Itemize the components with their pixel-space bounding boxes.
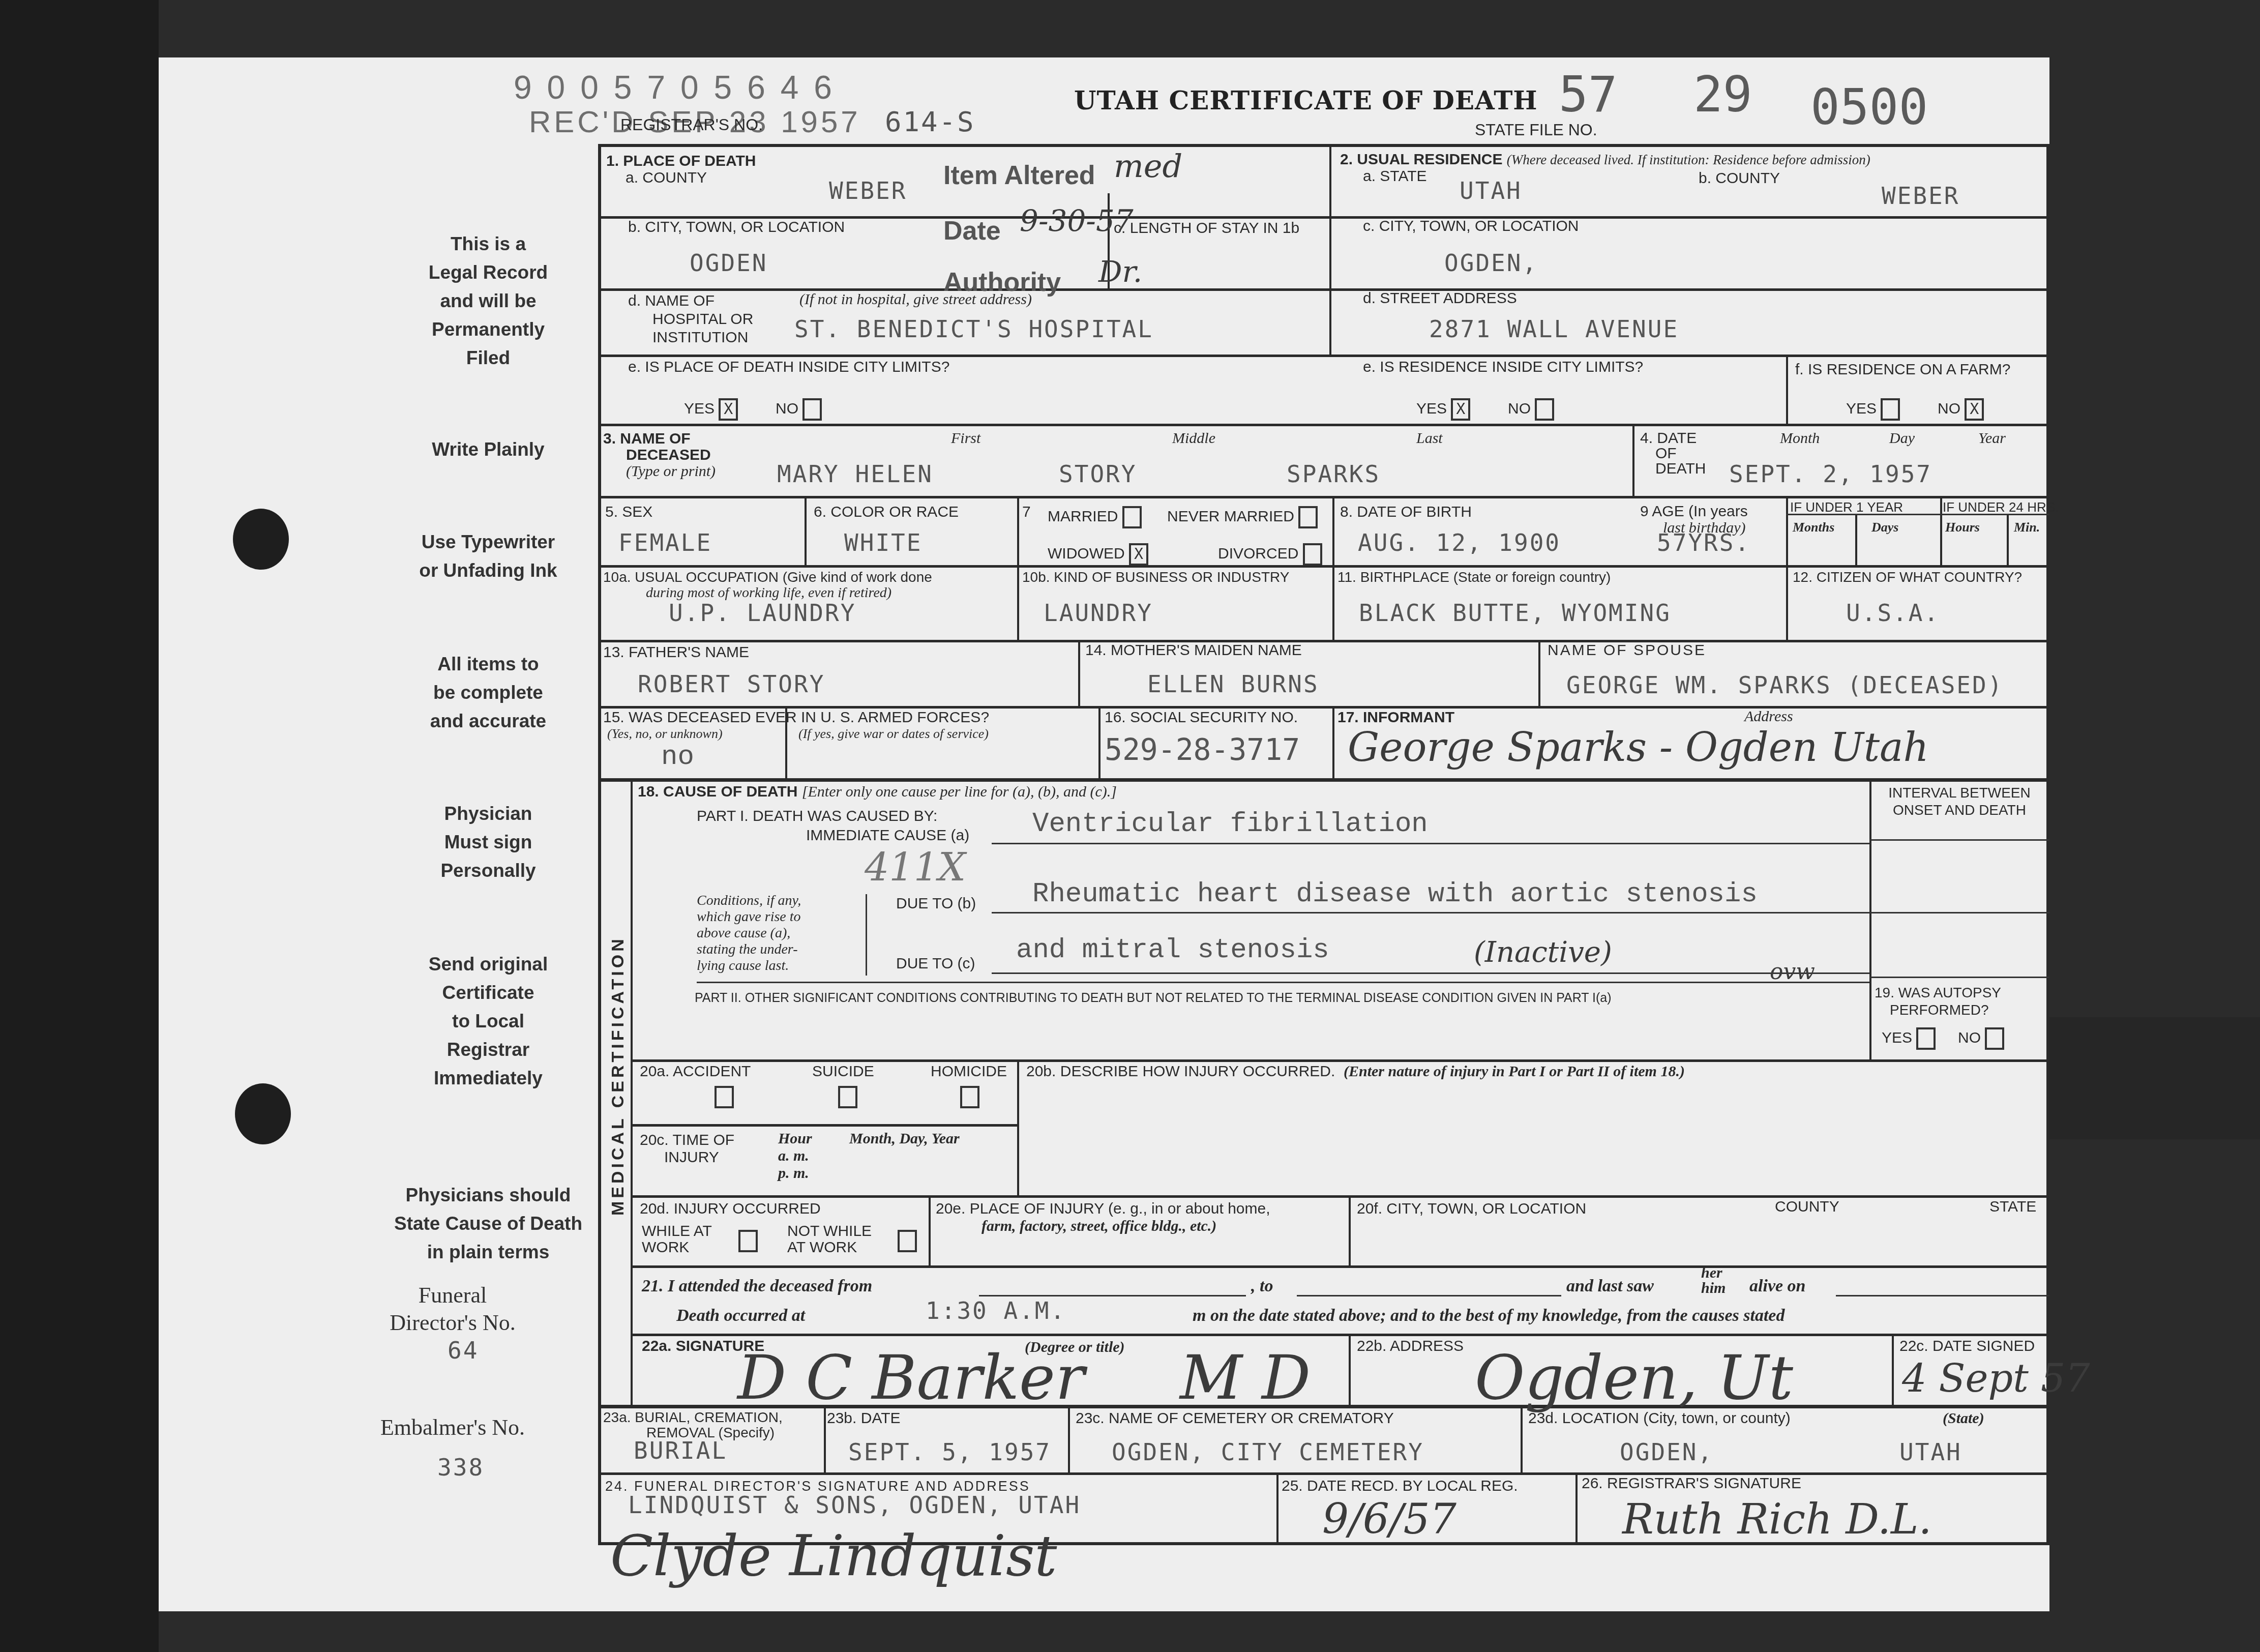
state-file-no-label: STATE FILE NO. — [1475, 121, 1597, 138]
part2-label: PART II. OTHER SIGNIFICANT CONDITIONS CO… — [695, 989, 1612, 1007]
col-divider — [1521, 1405, 1523, 1472]
no-label: NO — [1958, 1029, 1981, 1046]
checkbox-while-at-work[interactable] — [738, 1230, 758, 1252]
registrar-signature: Ruth Rich D.L. — [1622, 1495, 1932, 1544]
to-label: , to — [1251, 1277, 1273, 1296]
note-line: Use Typewriter — [402, 528, 575, 556]
section-hint: [Enter only one cause per line for (a), … — [802, 783, 1117, 800]
yes-label: YES — [1882, 1029, 1912, 1046]
checkbox-no[interactable] — [802, 398, 822, 421]
col-divider — [1575, 1472, 1578, 1545]
yes-label: YES — [1416, 400, 1447, 417]
res-state-value[interactable]: UTAH — [1460, 177, 1522, 204]
res-state-label: a. STATE — [1363, 168, 1427, 185]
date-signed-value: 4 Sept 57 — [1902, 1355, 2090, 1401]
first-name-label: First — [951, 430, 980, 447]
marital-label: 7 — [1022, 504, 1031, 521]
checkbox-no[interactable] — [1535, 398, 1554, 421]
disposition-value[interactable]: BURIAL — [634, 1437, 727, 1464]
note-line: All items to — [402, 650, 575, 678]
autopsy-no: NO — [1958, 1027, 2004, 1050]
embalmer-no: 338 — [437, 1454, 484, 1481]
note-line: be complete — [402, 678, 575, 707]
last-name-value[interactable]: SPARKS — [1287, 460, 1380, 488]
armed-forces-label: 15. WAS DECEASED EVER IN U. S. ARMED FOR… — [603, 709, 989, 726]
checkbox-homicide[interactable] — [960, 1086, 979, 1108]
col-divider — [1892, 1334, 1894, 1405]
note-line: Send original — [402, 950, 575, 979]
col-divider — [1068, 1405, 1070, 1472]
informant-signature: George Sparks - Ogden Utah — [1348, 725, 1929, 771]
col-divider — [1869, 778, 1871, 1059]
citizen-value[interactable]: U.S.A. — [1846, 599, 1940, 627]
pod-county-value[interactable]: WEBER — [829, 177, 907, 204]
no-label: NO — [1508, 400, 1531, 417]
hospital-label: d. NAME OF HOSPITAL OR INSTITUTION — [628, 292, 753, 347]
row-divider — [598, 565, 2049, 568]
cause-line-b — [992, 912, 1902, 913]
race-label: 6. COLOR OR RACE — [814, 504, 959, 521]
cemetery-label: 23c. NAME OF CEMETERY OR CREMATORY — [1076, 1410, 1394, 1427]
certifier-address-value: Ogden, Ut — [1475, 1343, 1793, 1413]
row-divider — [598, 424, 2049, 426]
date-signed-label: 22c. DATE SIGNED — [1899, 1338, 2035, 1355]
burial-date-label: 23b. DATE — [827, 1410, 901, 1427]
checkbox-accident[interactable] — [715, 1086, 734, 1108]
col-divider — [1078, 640, 1080, 706]
margin-note-physician: Physician Must sign Personally — [402, 800, 575, 885]
note-line: Must sign — [402, 828, 575, 857]
authority-value: Dr. — [1098, 254, 1142, 289]
res-farm-no: NO X — [1938, 398, 1984, 421]
row-divider — [631, 1059, 2049, 1062]
time-of-injury-label: 20c. TIME OF INJURY — [640, 1132, 734, 1166]
last-name-label: Last — [1416, 430, 1443, 447]
alive-on-label: alive on — [1749, 1277, 1805, 1296]
note-line: and accurate — [402, 707, 575, 735]
armed-forces-hint-war: (If yes, give war or dates of service) — [798, 726, 989, 742]
date-recd-value: 9/6/57 — [1322, 1495, 1456, 1544]
col-divider — [1786, 355, 1788, 424]
funeral-director-no: 64 — [448, 1337, 479, 1364]
physician-signature: D C Barker — [737, 1343, 1085, 1413]
col-divider — [631, 778, 633, 1405]
section-title: 1. PLACE OF DEATH — [606, 153, 756, 169]
funeral-director-value[interactable]: LINDQUIST & SONS, OGDEN, UTAH — [628, 1491, 1081, 1519]
state-file-no-part1: 57 — [1559, 66, 1618, 123]
cause-line-a — [992, 843, 1869, 844]
label-line: 3. NAME OF — [603, 430, 691, 447]
deceased-name-label: 3. NAME OF DECEASED (Type or print) — [603, 431, 716, 480]
hint-line: stating the under- — [697, 941, 801, 958]
her-label: her — [1701, 1265, 1726, 1281]
row-divider — [598, 706, 2049, 709]
married-option: MARRIED — [1048, 506, 1142, 528]
row-divider — [1869, 977, 2049, 978]
citizen-label: 12. CITIZEN OF WHAT COUNTRY? — [1793, 569, 2022, 586]
label-line: NOT WHILE — [787, 1223, 872, 1240]
medical-certification-label: MEDICAL CERTIFICATION — [608, 936, 628, 1216]
burial-location-label: 23d. LOCATION (City, town, or county) — [1528, 1410, 1791, 1427]
hint-line: Conditions, if any, — [697, 893, 801, 909]
birthplace-value[interactable]: BLACK BUTTE, WYOMING — [1359, 599, 1671, 627]
homicide-label: HOMICIDE — [931, 1063, 1007, 1080]
alteration-date-label: Date — [943, 216, 1001, 246]
res-farm-yes: YES — [1846, 398, 1900, 421]
burial-date-value[interactable]: SEPT. 5, 1957 — [848, 1438, 1051, 1466]
day-label: Day — [1889, 430, 1915, 447]
interval-row-divider — [1869, 912, 2049, 913]
age-value[interactable]: 57YRS. — [1657, 529, 1750, 556]
label-line: INJURY — [640, 1149, 734, 1166]
month-day-year-label: Month, Day, Year — [849, 1130, 960, 1147]
cause-code: 411X — [865, 844, 966, 890]
hours-label: Hours — [1945, 520, 1980, 535]
part-divider — [697, 982, 1869, 983]
col-divider — [824, 1405, 826, 1472]
hint-line: lying cause last. — [697, 958, 801, 974]
never-married-label: NEVER MARRIED — [1167, 508, 1294, 525]
hour-label: Hour — [778, 1130, 812, 1147]
mother-value[interactable]: ELLEN BURNS — [1147, 670, 1319, 698]
label-line: DECEASED — [626, 447, 711, 463]
hint-line: which gave rise to — [697, 909, 801, 925]
length-of-stay-label: c. LENGTH OF STAY IN 1b — [1114, 220, 1299, 237]
margin-note-send-original: Send original Certificate to Local Regis… — [402, 950, 575, 1093]
hospital-value[interactable]: ST. BENEDICT'S HOSPITAL — [794, 315, 1153, 343]
dob-value[interactable]: AUG. 12, 1900 — [1358, 529, 1561, 556]
burial-city-value[interactable]: OGDEN, — [1620, 1438, 1713, 1466]
never-married-option: NEVER MARRIED — [1167, 506, 1318, 528]
under-24-hours-label: IF UNDER 24 HRS. — [1943, 498, 2059, 516]
place-of-injury-hint: farm, factory, street, office bldg., etc… — [982, 1218, 1216, 1235]
punch-hole — [233, 509, 289, 570]
due-to-c-note: (Inactive) — [1474, 936, 1612, 969]
col-divider — [1332, 706, 1334, 778]
col-divider — [1017, 1059, 1019, 1195]
res-street-value[interactable]: 2871 WALL AVENUE — [1429, 315, 1679, 343]
note-line: This is a — [402, 230, 575, 258]
note-line: State Cause of Death — [386, 1209, 590, 1238]
col-divider — [1786, 496, 1788, 640]
scanner-background-band — [2049, 1017, 2260, 1139]
describe-injury-label: 20b. DESCRIBE HOW INJURY OCCURRED. (Ente… — [1026, 1063, 1685, 1080]
due-to-b-label: DUE TO (b) — [896, 895, 976, 912]
margin-note-write-plainly: Write Plainly — [402, 435, 575, 464]
yes-label: YES — [684, 400, 715, 417]
industry-label: 10b. KIND OF BUSINESS OR INDUSTRY — [1022, 569, 1289, 586]
checkbox-married[interactable] — [1122, 506, 1142, 528]
label-line: d. NAME OF — [628, 292, 753, 310]
date-of-death-value[interactable]: SEPT. 2, 1957 — [1729, 460, 1932, 488]
burial-state-label: (State) — [1943, 1410, 1984, 1427]
checkbox-never-married[interactable] — [1298, 506, 1318, 528]
first-name-value[interactable]: MARY HELEN — [777, 460, 933, 488]
row-divider — [598, 1472, 2049, 1475]
res-city-label: c. CITY, TOWN, OR LOCATION — [1363, 218, 1579, 235]
note-line: Director's No. — [366, 1309, 539, 1337]
pm-label: p. m. — [778, 1165, 812, 1182]
pod-inside-city-yes: YES X — [684, 398, 738, 421]
col-divider — [2007, 514, 2009, 565]
last-saw-label: and last saw — [1566, 1277, 1654, 1296]
under-1-year-label: IF UNDER 1 YEAR — [1790, 498, 1903, 516]
section-title: 2. USUAL RESIDENCE — [1340, 151, 1503, 168]
checkbox-no-checked[interactable]: X — [1965, 398, 1984, 421]
label-line: 19. WAS AUTOPSY — [1875, 984, 2001, 1001]
label-line: AT WORK — [787, 1240, 872, 1256]
registrars-no-label: REGISTRAR'S NO. — [620, 116, 763, 133]
pod-city-value[interactable]: OGDEN — [690, 249, 767, 277]
sex-label: 5. SEX — [605, 504, 652, 521]
informant-label: 17. INFORMANT — [1337, 709, 1454, 726]
label-line: PERFORMED? — [1875, 1001, 2001, 1019]
col-divider — [1098, 706, 1101, 778]
label-line: 20c. TIME OF — [640, 1132, 734, 1149]
autopsy-label: 19. WAS AUTOPSY PERFORMED? — [1875, 984, 2001, 1019]
am-label: a. m. — [778, 1147, 812, 1165]
conditions-bracket — [859, 894, 867, 976]
registrar-signature-label: 26. REGISTRAR'S SIGNATURE — [1582, 1475, 1801, 1492]
label-line: (Type or print) — [603, 463, 716, 480]
birthplace-label: 11. BIRTHPLACE (State or foreign country… — [1337, 569, 1611, 586]
label-text: 23d. LOCATION (City, town, or county) — [1528, 1410, 1791, 1427]
burial-state-value[interactable]: UTAH — [1899, 1438, 1962, 1466]
label-line: 4. DATE — [1640, 431, 1706, 446]
injury-city-label: 20f. CITY, TOWN, OR LOCATION — [1357, 1200, 1586, 1218]
col-divider — [929, 1195, 931, 1265]
death-occurred-label: Death occurred at — [676, 1306, 805, 1325]
death-statement: m on the date stated above; and to the b… — [1193, 1306, 1785, 1325]
father-value[interactable]: ROBERT STORY — [638, 670, 825, 698]
injury-state-label: STATE — [1989, 1198, 2036, 1216]
occupation-value[interactable]: U.P. LAUNDRY — [669, 599, 856, 627]
note-line: Physicians should — [386, 1181, 590, 1209]
col-divider — [1632, 424, 1634, 496]
note-line: Physician — [402, 800, 575, 828]
col-divider — [1329, 144, 1331, 355]
no-label: NO — [776, 400, 798, 417]
divorced-option: DIVORCED — [1218, 543, 1322, 566]
note-line: or Unfading Ink — [402, 556, 575, 585]
checkbox-not-while-at-work[interactable] — [898, 1230, 917, 1252]
due-to-c-value[interactable]: and mitral stenosis — [1016, 935, 1329, 966]
ssn-label: 16. SOCIAL SECURITY NO. — [1105, 709, 1298, 726]
note-line: and will be — [402, 287, 575, 315]
res-inside-city-label: e. IS RESIDENCE INSIDE CITY LIMITS? — [1363, 359, 1643, 376]
accident-label: 20a. ACCIDENT — [640, 1063, 751, 1080]
part2-initials: ovw — [1770, 959, 1815, 985]
days-label: Days — [1871, 520, 1898, 535]
interval-label: INTERVAL BETWEEN ONSET AND DEATH — [1876, 784, 2043, 819]
row-divider — [598, 778, 2049, 782]
date-recd-label: 25. DATE RECD. BY LOCAL REG. — [1282, 1478, 1518, 1495]
row-divider — [598, 640, 2049, 642]
injury-occurred-label: 20d. INJURY OCCURRED — [640, 1200, 821, 1218]
attended-from-label: 21. I attended the deceased from — [642, 1277, 872, 1296]
label-line: WHILE AT — [642, 1223, 712, 1240]
industry-value[interactable]: LAUNDRY — [1044, 599, 1153, 627]
note-line: Certificate — [402, 979, 575, 1007]
yes-label: YES — [1846, 400, 1877, 417]
note-line: Registrar — [402, 1036, 575, 1064]
note-line: Permanently — [402, 315, 575, 344]
disposition-label: 23a. BURIAL, CREMATION, REMOVAL (Specify… — [603, 1410, 783, 1440]
ssn-value[interactable]: 529-28-3717 — [1105, 732, 1300, 767]
immediate-cause-value[interactable]: Ventricular fibrillation — [1032, 809, 1428, 840]
res-farm-label: f. IS RESIDENCE ON A FARM? — [1795, 361, 2010, 378]
hospital-hint: (If not in hospital, give street address… — [799, 291, 1032, 308]
part1-label: PART I. DEATH WAS CAUSED BY: — [697, 808, 937, 825]
pod-city-label: b. CITY, TOWN, OR LOCATION — [628, 219, 845, 236]
interval-row-divider — [1869, 839, 2049, 841]
occupation-label: 10a. USUAL OCCUPATION (Give kind of work… — [603, 569, 932, 586]
death-time-value[interactable]: 1:30 A.M. — [926, 1297, 1066, 1324]
pod-county-label: a. COUNTY — [626, 169, 707, 187]
section-hint: (Where deceased lived. If institution: R… — [1507, 152, 1870, 167]
funeral-director-signature: Clyde Lindquist — [610, 1523, 1057, 1588]
cemetery-value[interactable]: OGDEN, CITY CEMETERY — [1112, 1438, 1424, 1466]
checkbox-yes-checked[interactable]: X — [719, 398, 738, 421]
state-file-no-part3: 0500 — [1810, 79, 1928, 136]
hour-labels: Hour a. m. p. m. — [778, 1130, 812, 1182]
state-file-no-part2: 29 — [1693, 66, 1752, 123]
year-label: Year — [1978, 430, 2006, 447]
margin-note-typewriter: Use Typewriter or Unfading Ink — [402, 528, 575, 585]
note-line: in plain terms — [386, 1238, 590, 1266]
margin-note-legal-record: This is a Legal Record and will be Perma… — [402, 230, 575, 372]
col-divider — [1349, 1195, 1351, 1265]
months-label: Months — [1793, 520, 1834, 535]
document-stamp-number: 9005705646 — [514, 69, 847, 106]
widowed-option: WIDOWED X — [1048, 543, 1148, 566]
label-line: 23a. BURIAL, CREMATION, — [603, 1410, 783, 1425]
label-line: ONSET AND DEATH — [1876, 802, 2043, 819]
row-divider — [631, 1334, 2049, 1336]
res-inside-city-no: NO — [1508, 398, 1554, 421]
label-line: INSTITUTION — [628, 329, 753, 347]
due-to-c-label: DUE TO (c) — [896, 955, 975, 972]
due-to-b-value[interactable]: Rheumatic heart disease with aortic sten… — [1032, 879, 1758, 910]
note-line: Legal Record — [402, 258, 575, 287]
item-altered-value: med — [1114, 147, 1182, 185]
certifier-address-label: 22b. ADDRESS — [1357, 1338, 1464, 1355]
label-text: 17. INFORMANT — [1337, 709, 1454, 726]
item-altered-label: Item Altered — [943, 160, 1095, 191]
row-divider — [631, 1195, 2049, 1198]
embalmer-no-label: Embalmer's No. — [366, 1414, 539, 1441]
usual-residence-label: 2. USUAL RESIDENCE (Where deceased lived… — [1340, 151, 1870, 168]
label-hint: (Enter nature of injury in Part I or Par… — [1344, 1063, 1685, 1080]
col-divider — [1940, 496, 1942, 565]
informant-address-label: Address — [1744, 708, 1793, 725]
him-label: him — [1701, 1281, 1726, 1296]
res-county-label: b. COUNTY — [1699, 170, 1780, 187]
note-line: Immediately — [402, 1064, 575, 1093]
margin-note-plain-terms: Physicians should State Cause of Death i… — [386, 1181, 590, 1266]
date-of-death-label: 4. DATE OF DEATH — [1640, 431, 1706, 477]
row-divider — [631, 1124, 1017, 1127]
married-label: MARRIED — [1048, 508, 1118, 525]
physician-degree: M D — [1180, 1343, 1311, 1413]
label-text: 20e. PLACE OF INJURY (e. g., in or about… — [936, 1200, 1270, 1217]
row-divider — [631, 1265, 2049, 1268]
checkbox-widowed-checked[interactable]: X — [1129, 543, 1148, 566]
col-divider — [1855, 514, 1857, 565]
middle-name-label: Middle — [1172, 430, 1215, 447]
res-county-value[interactable]: WEBER — [1882, 182, 1959, 210]
widowed-label: WIDOWED — [1048, 545, 1125, 562]
hint-line: above cause (a), — [697, 925, 801, 941]
label-text: 20b. DESCRIBE HOW INJURY OCCURRED. — [1026, 1063, 1335, 1080]
section-title: 18. CAUSE OF DEATH — [638, 783, 798, 800]
label-line: INTERVAL BETWEEN — [1876, 784, 2043, 802]
spouse-value[interactable]: GEORGE WM. SPARKS (DECEASED) — [1566, 671, 2003, 699]
res-city-value[interactable]: OGDEN, — [1444, 249, 1538, 277]
middle-name-value[interactable]: STORY — [1059, 460, 1137, 488]
armed-forces-hint-yes-no: (Yes, no, or unknown) — [607, 726, 723, 742]
col-divider — [1017, 496, 1019, 640]
checkbox-suicide[interactable] — [838, 1086, 857, 1108]
immediate-cause-label: IMMEDIATE CAUSE (a) — [806, 827, 969, 844]
suicide-label: SUICIDE — [812, 1063, 874, 1080]
attended-from-line — [979, 1295, 1246, 1296]
cause-line-c — [992, 972, 1869, 974]
checkbox-divorced[interactable] — [1303, 543, 1322, 566]
cause-of-death-label: 18. CAUSE OF DEATH [Enter only one cause… — [638, 783, 1117, 801]
pod-inside-city-label: e. IS PLACE OF DEATH INSIDE CITY LIMITS? — [628, 359, 949, 376]
her-him-label: her him — [1701, 1265, 1726, 1296]
place-of-injury-label: 20e. PLACE OF INJURY (e. g., in or about… — [936, 1200, 1270, 1218]
label-line: OF — [1640, 446, 1706, 461]
label-line: 9 AGE (In years — [1640, 504, 1748, 520]
pod-inside-city-no: NO — [776, 398, 822, 421]
no-label: NO — [1938, 400, 1960, 417]
place-of-death-label: 1. PLACE OF DEATH — [606, 153, 756, 170]
race-value[interactable]: WHITE — [844, 529, 922, 556]
month-label: Month — [1780, 430, 1820, 447]
checkbox-autopsy-yes[interactable] — [1916, 1027, 1936, 1050]
res-street-label: d. STREET ADDRESS — [1363, 290, 1517, 307]
father-label: 13. FATHER'S NAME — [603, 644, 749, 661]
res-inside-city-yes: YES X — [1416, 398, 1470, 421]
sex-value[interactable]: FEMALE — [618, 529, 712, 556]
funeral-director-no-label: Funeral Director's No. — [366, 1282, 539, 1337]
note-line: Personally — [402, 857, 575, 885]
mother-label: 14. MOTHER'S MAIDEN NAME — [1085, 642, 1302, 659]
certificate-title: UTAH CERTIFICATE OF DEATH — [1074, 85, 1538, 115]
margin-note-complete: All items to be complete and accurate — [402, 650, 575, 735]
not-while-at-work-label: NOT WHILE AT WORK — [787, 1223, 872, 1256]
checkbox-yes[interactable] — [1881, 398, 1900, 421]
while-at-work-label: WHILE AT WORK — [642, 1223, 712, 1256]
conditions-hint: Conditions, if any, which gave rise to a… — [697, 893, 801, 974]
armed-forces-value[interactable]: no — [661, 742, 694, 773]
scanner-background-left — [0, 0, 159, 1652]
col-divider — [1276, 1472, 1278, 1545]
dob-label: 8. DATE OF BIRTH — [1340, 504, 1472, 521]
label-line: HOSPITAL OR — [628, 310, 753, 329]
checkbox-yes-checked[interactable]: X — [1451, 398, 1470, 421]
col-divider — [1349, 1334, 1351, 1405]
autopsy-yes: YES — [1882, 1027, 1936, 1050]
alive-on-line — [1836, 1295, 2049, 1296]
min-label: Min. — [2014, 520, 2040, 535]
checkbox-autopsy-no[interactable] — [1985, 1027, 2004, 1050]
note-line: Funeral — [366, 1282, 539, 1309]
label-line: 10a. USUAL OCCUPATION (Give kind of work… — [603, 569, 932, 585]
attended-to-line — [1297, 1295, 1561, 1296]
